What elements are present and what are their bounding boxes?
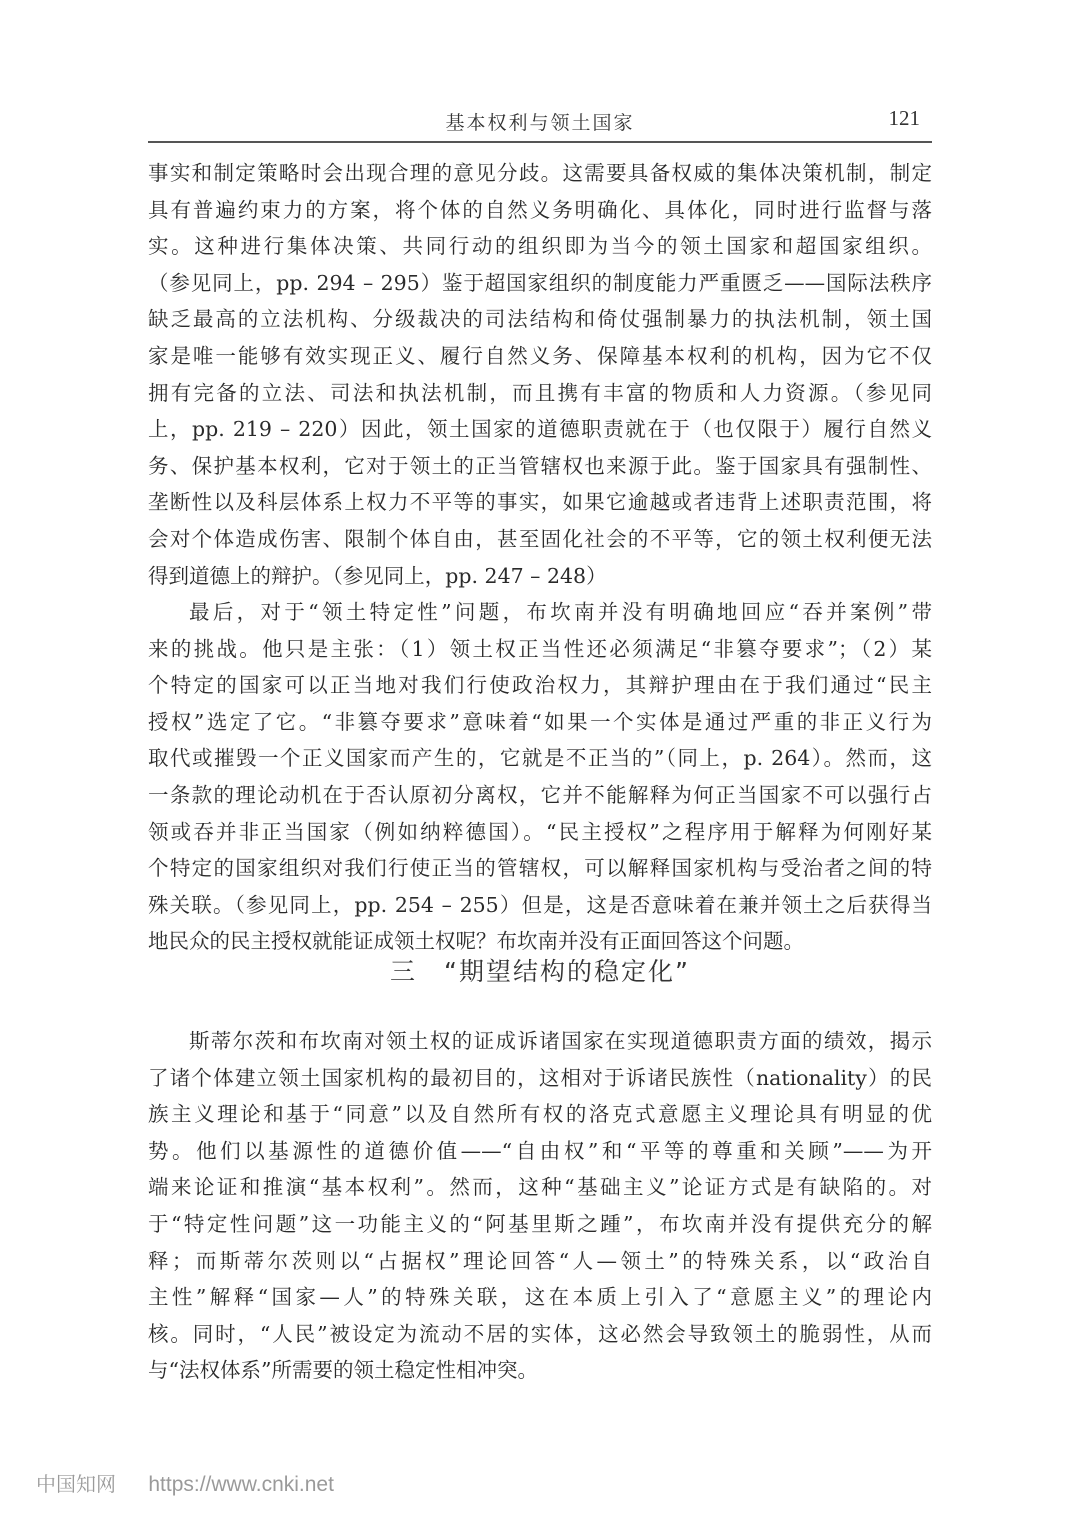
text-line: 个特定的国家组织对我们行使正当的管辖权，可以解释国家机构与受治者之间的特 [148, 850, 932, 887]
text-line: 拥有完备的立法、司法和执法机制，而且携有丰富的物质和人力资源。（参见同 [148, 375, 932, 412]
text-line: 释；而斯蒂尔茨则以“占据权”理论回答“人—领土”的特殊关系，以“政治自 [148, 1243, 932, 1280]
text-line: 斯蒂尔茨和布坎南对领土权的证成诉诸国家在实现道德职责方面的绩效，揭示 [148, 1023, 932, 1060]
text-line: （参见同上，pp. 294 – 295）鉴于超国家组织的制度能力严重匮乏——国际… [148, 265, 932, 302]
text-line: 上，pp. 219 – 220）因此，领土国家的道德职责就在于（也仅限于）履行自… [148, 411, 932, 448]
text-line: 个特定的国家可以正当地对我们行使政治权力，其辩护理由在于我们通过“民主 [148, 667, 932, 704]
text-line: 端来论证和推演“基本权利”。然而，这种“基础主义”论证方式是有缺陷的。对 [148, 1169, 932, 1206]
header-rule [148, 141, 932, 143]
text-line: 缺乏最高的立法机构、分级裁决的司法结构和倚仗强制暴力的执法机制，领土国 [148, 301, 932, 338]
watermark-url: https://www.cnki.net [148, 1473, 334, 1496]
paragraph-1: 事实和制定策略时会出现合理的意见分歧。这需要具备权威的集体决策机制，制定 具有普… [148, 155, 932, 594]
section-heading: 三 “期望结构的稳定化” [148, 952, 932, 988]
running-header: 基本权利与领土国家 121 [148, 104, 932, 140]
running-title: 基本权利与领土国家 [148, 108, 932, 135]
text-line: 领或吞并非正当国家（例如纳粹德国）。“民主授权”之程序用于解释为何刚好某 [148, 814, 932, 851]
text-line: 势。他们以基源性的道德价值——“自由权”和“平等的尊重和关顾”——为开 [148, 1133, 932, 1170]
text-line: 殊关联。（参见同上，pp. 254 – 255）但是，这是否意味着在兼并领土之后… [148, 887, 932, 924]
paragraph-2: 最后，对于“领土特定性”问题，布坎南并没有明确地回应“吞并案例”带 来的挑战。他… [148, 594, 932, 960]
text-line: 务、保护基本权利，它对于领土的正当管辖权也来源于此。鉴于国家具有强制性、 [148, 448, 932, 485]
text-line: 授权”选定了它。“非篡夺要求”意味着“如果一个实体是通过严重的非正义行为 [148, 704, 932, 741]
text-line: 一条款的理论动机在于否认原初分离权，它并不能解释为何正当国家不可以强行占 [148, 777, 932, 814]
text-line: 了诸个体建立领土国家机构的最初目的，这相对于诉诸民族性（nationality）… [148, 1060, 932, 1097]
text-line: 家是唯一能够有效实现正义、履行自然义务、保障基本权利的机构，因为它不仅 [148, 338, 932, 375]
watermark-site-name: 中国知网 [36, 1472, 116, 1496]
text-line: 会对个体造成伤害、限制个体自由，甚至固化社会的不平等，它的领土权利便无法 [148, 521, 932, 558]
text-line: 族主义理论和基于“同意”以及自然所有权的洛克式意愿主义理论具有明显的优 [148, 1096, 932, 1133]
text-line: 主性”解释“国家—人”的特殊关联，这在本质上引入了“意愿主义”的理论内 [148, 1279, 932, 1316]
text-line: 实。这种进行集体决策、共同行动的组织即为当今的领土国家和超国家组织。 [148, 228, 932, 265]
paragraph-3: 斯蒂尔茨和布坎南对领土权的证成诉诸国家在实现道德职责方面的绩效，揭示 了诸个体建… [148, 1023, 932, 1389]
page-number: 121 [889, 106, 921, 131]
text-line: 得到道德上的辩护。（参见同上，pp. 247 – 248） [148, 558, 932, 595]
text-line: 核。同时，“人民”被设定为流动不居的实体，这必然会导致领土的脆弱性，从而 [148, 1316, 932, 1353]
text-line: 垄断性以及科层体系上权力不平等的事实，如果它逾越或者违背上述职责范围，将 [148, 484, 932, 521]
text-line: 取代或摧毁一个正义国家而产生的，它就是不正当的”（同上，p. 264）。然而，这 [148, 740, 932, 777]
text-line: 来的挑战。他只是主张：（1）领土权正当性还必须满足“非篡夺要求”；（2）某 [148, 631, 932, 668]
text-line: 具有普遍约束力的方案，将个体的自然义务明确化、具体化，同时进行监督与落 [148, 192, 932, 229]
text-line: 与“法权体系”所需要的领土稳定性相冲突。 [148, 1352, 932, 1389]
text-line: 于“特定性问题”这一功能主义的“阿基里斯之踵”，布坎南并没有提供充分的解 [148, 1206, 932, 1243]
text-line: 最后，对于“领土特定性”问题，布坎南并没有明确地回应“吞并案例”带 [148, 594, 932, 631]
cnki-watermark: 中国知网 https://www.cnki.net [36, 1468, 360, 1497]
text-line: 事实和制定策略时会出现合理的意见分歧。这需要具备权威的集体决策机制，制定 [148, 155, 932, 192]
